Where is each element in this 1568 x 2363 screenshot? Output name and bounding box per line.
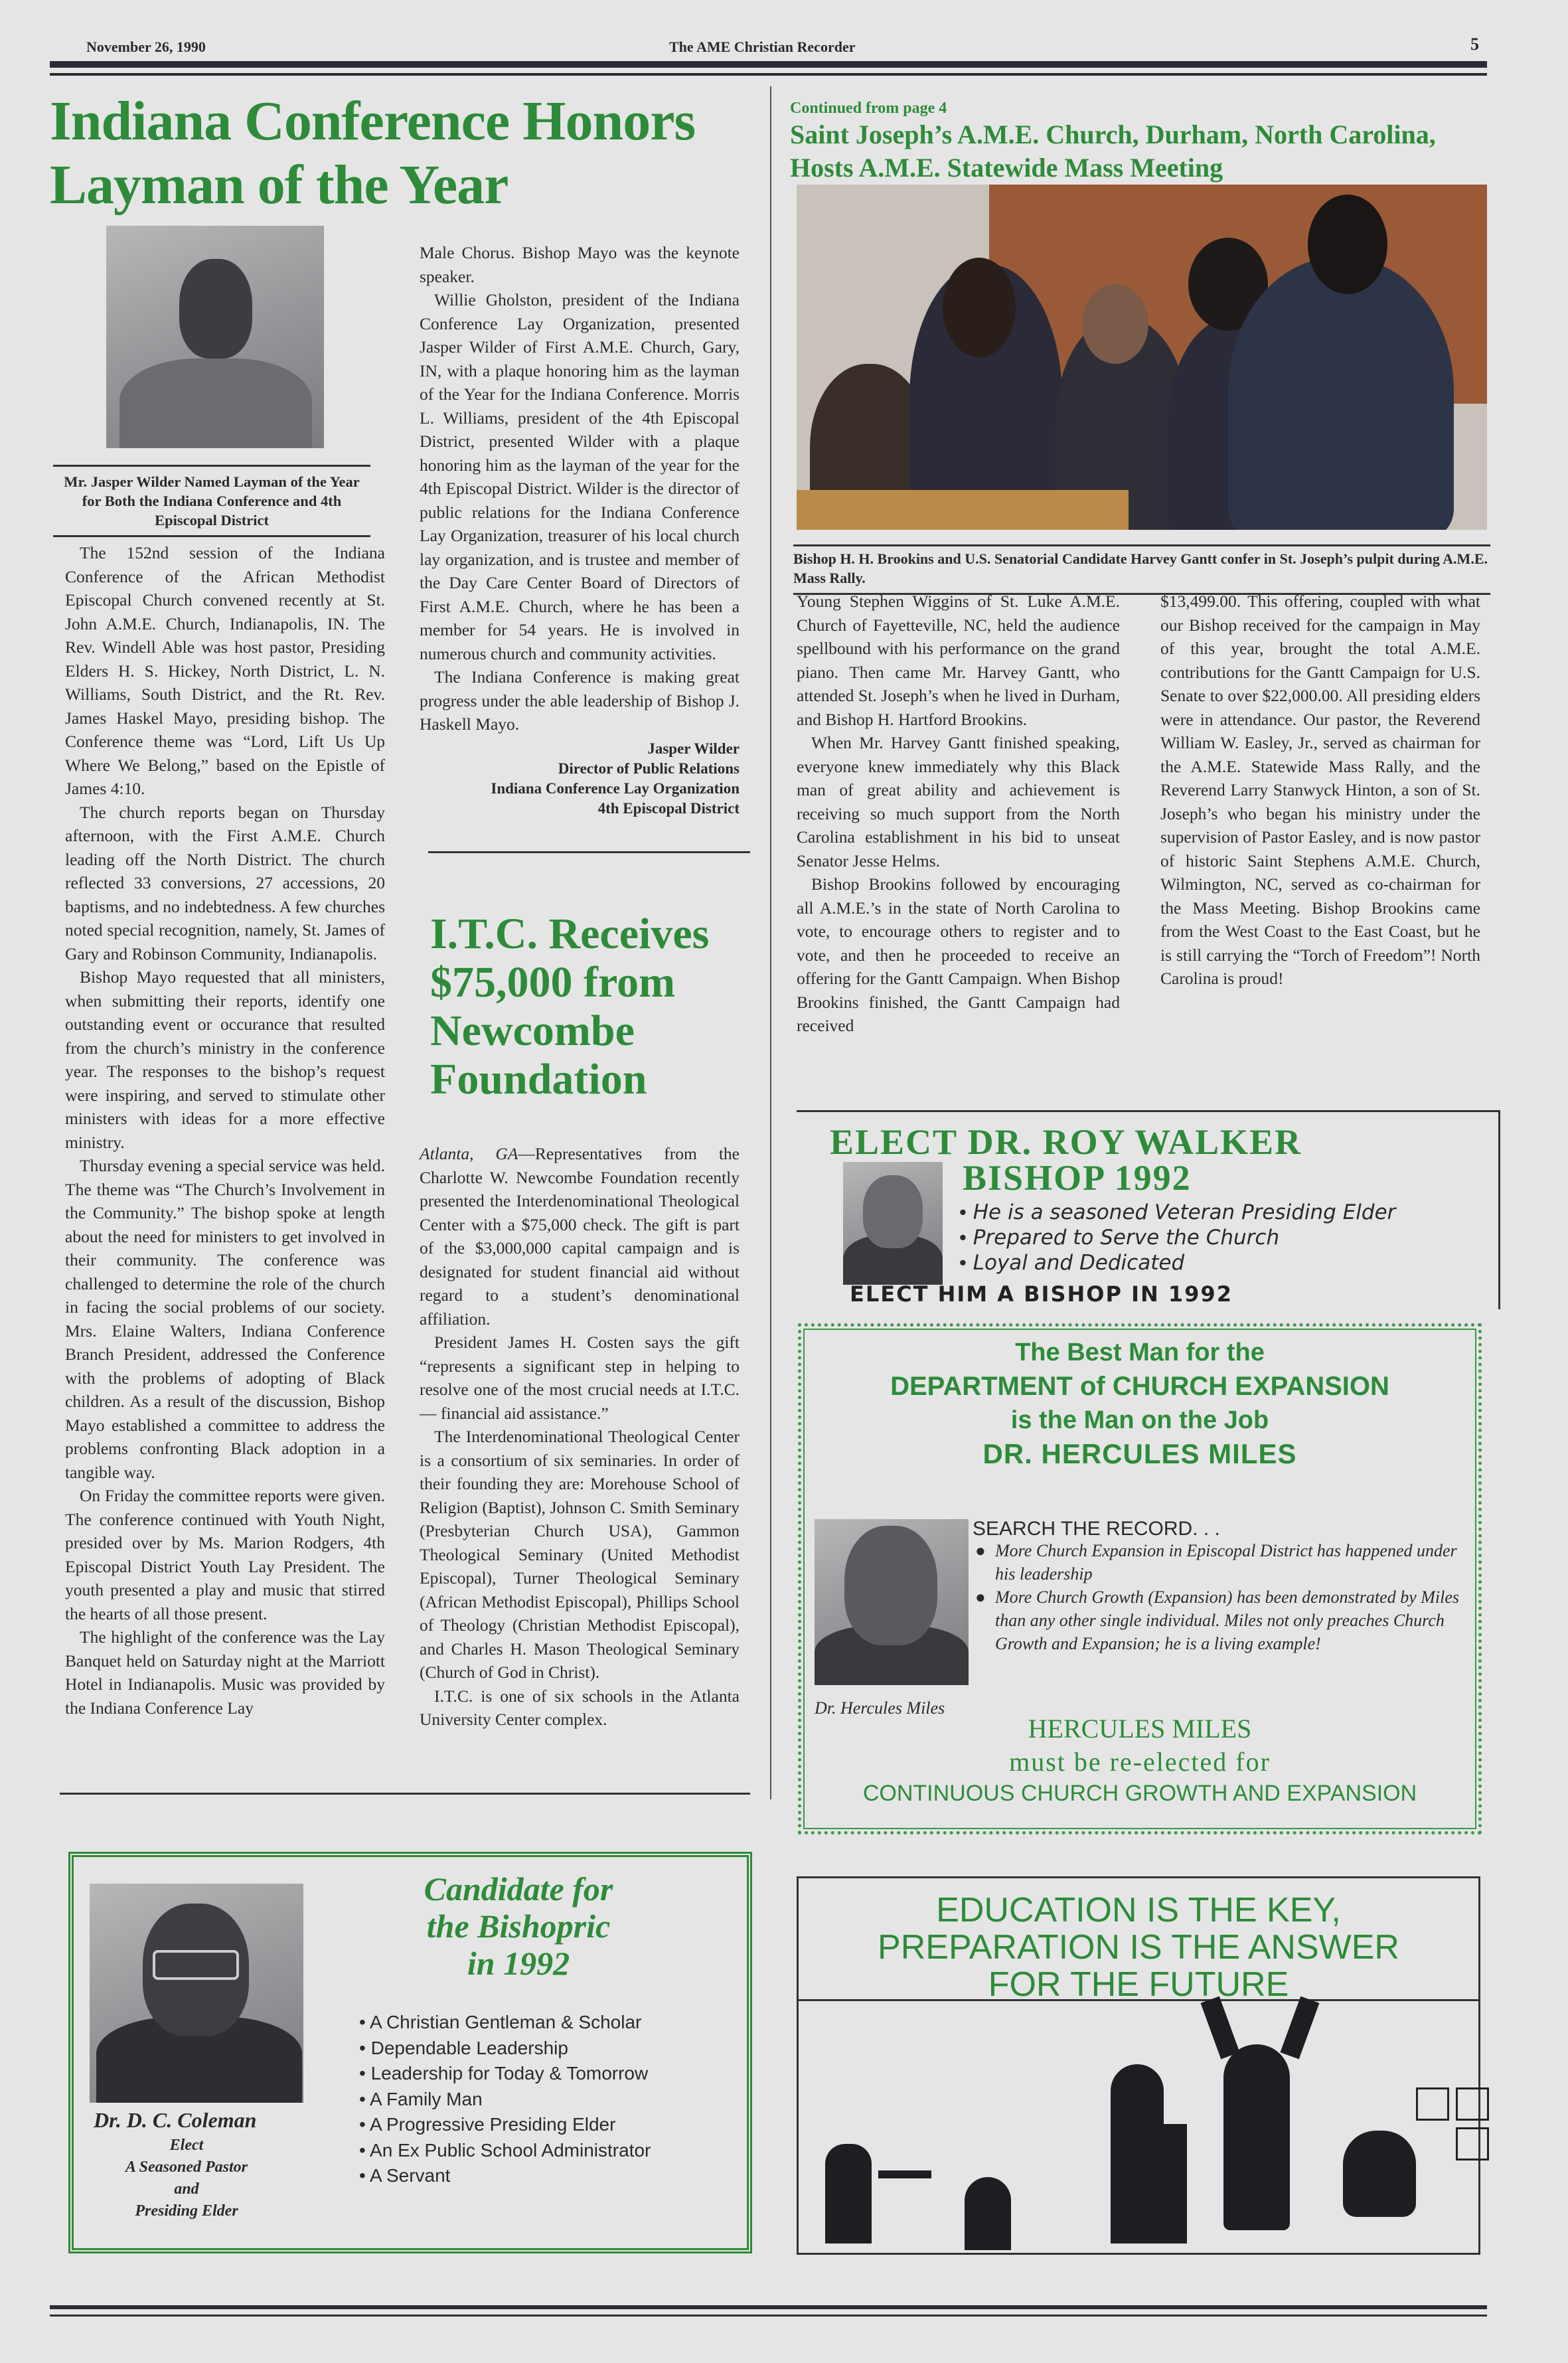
paragraph: The church reports began on Thursday aft… [65,801,385,966]
bullet-item: A Progressive Presiding Elder [359,2112,651,2138]
paragraph: When Mr. Harvey Gantt finished speaking,… [797,731,1120,872]
article-headline-layman: Indiana Conference Honors Layman of the … [50,90,747,217]
paragraph: Willie Gholston, president of the Indian… [420,288,740,665]
photo-hercules-miles [815,1519,969,1685]
bullet-item: An Ex Public School Administrator [359,2138,651,2164]
bullet-item: A Christian Gentleman & Scholar [359,2010,651,2036]
byline-title: Director of Public Relations [420,759,740,779]
ad-miles-closing3: CONTINUOUS CHURCH GROWTH AND EXPANSION [801,1781,1478,1807]
candidate-subtitle: Elect A Seasoned Pastor and Presiding El… [94,2135,279,2222]
ad-miles-closing2: must be re-elected for [801,1746,1478,1777]
paragraph: President James H. Costen says the gift … [420,1331,740,1425]
section-divider [428,851,750,853]
continued-kicker: Continued from page 4 [790,100,947,118]
bullet-item: He is a seasoned Veteran Presiding Elder [959,1200,1395,1225]
paragraph: Bishop Mayo requested that all ministers… [65,965,385,1154]
ad-education-slogan: EDUCATION IS THE KEY, PREPARATION IS THE… [799,1892,1478,2003]
paragraph: Young Stephen Wiggins of St. Luke A.M.E.… [797,590,1120,731]
bullet-item: Loyal and Dedicated [959,1250,1395,1275]
photo-caption-rally: Bishop H. H. Brookins and U.S. Senatoria… [793,544,1490,595]
bullet-item: Leadership for Today & Tomorrow [359,2061,651,2087]
issue-date: November 26, 1990 [86,39,206,56]
paragraph: Atlanta, GA—Representatives from the Cha… [420,1142,740,1331]
paragraph: Thursday evening a special service was h… [65,1154,385,1484]
ad-coleman-bullets: A Christian Gentleman & Scholar Dependab… [359,2010,651,2189]
masthead-rule-thin [50,73,1487,76]
ad-miles-line4: DR. HERCULES MILES [801,1438,1478,1470]
paragraph: The highlight of the conference was the … [65,1625,385,1720]
bullet-item: A Servant [359,2163,651,2189]
column-divider [770,86,771,1799]
footer-rule-thick [50,2305,1487,2309]
masthead-rule-thick [50,61,1487,68]
photo-dc-coleman [90,1884,303,2103]
bullet-item: A Family Man [359,2087,651,2113]
photo-caption-wilder: Mr. Jasper Wilder Named Layman of the Ye… [53,465,370,537]
candidate-name: Dr. D. C. Coleman [94,2108,256,2133]
dateline: Atlanta, GA [420,1144,518,1163]
footer-rule-thin [50,2315,1487,2317]
bullet-item: Dependable Leadership [359,2036,651,2062]
paragraph: The 152nd session of the Indiana Confere… [65,541,385,801]
ad-coleman-title: Candidate for the Bishopric in 1992 [406,1870,631,1982]
ad-miles-bullets: More Church Expansion in Episcopal Distr… [975,1539,1470,1655]
paragraph: The Indiana Conference is making great p… [420,665,740,736]
ad-hercules-miles: The Best Man for the DEPARTMENT of CHURC… [798,1323,1482,1834]
paragraph: The Interdenominational Theological Cent… [420,1425,740,1684]
ad-walker-bullets: He is a seasoned Veteran Presiding Elder… [959,1200,1395,1275]
byline-signature: Jasper Wilder Director of Public Relatio… [420,739,740,819]
photo-roy-walker [843,1162,943,1285]
paragraph: On Friday the committee reports were giv… [65,1484,385,1625]
byline-name: Jasper Wilder [420,739,740,759]
byline-org: Indiana Conference Lay Organization [420,779,740,799]
ad-dc-coleman: Dr. D. C. Coleman Elect A Seasoned Pasto… [68,1852,752,2253]
article-column-1: The 152nd session of the Indiana Confere… [65,541,385,1720]
article-headline-st-joseph: Saint Joseph’s A.M.E. Church, Durham, No… [790,118,1494,185]
rally-article-column-2: $13,499.00. This offering, coupled with … [1160,590,1480,991]
article-headline-itc: I.T.C. Receives $75,000 from Newcombe Fo… [430,910,749,1103]
paragraph: Male Chorus. Bishop Mayo was the keynote… [420,241,740,288]
paragraph: $13,499.00. This offering, coupled with … [1160,590,1480,991]
bullet-item: Prepared to Serve the Church [959,1225,1395,1250]
photo-mass-rally [797,185,1487,530]
bullet-item: More Church Expansion in Episcopal Distr… [975,1539,1470,1586]
ad-walker-footer: ELECT HIM A BISHOP IN 1992 [850,1281,1233,1307]
ad-roy-walker: ELECT DR. ROY WALKER BISHOP 1992 He is a… [797,1110,1500,1309]
ad-education-divider [799,1999,1478,2001]
publication-name: The AME Christian Recorder [669,39,855,56]
ad-miles-line3: is the Man on the Job [801,1406,1478,1435]
section-divider [60,1793,750,1795]
byline-district: 4th Episcopal District [420,799,740,819]
ad-miles-line2: DEPARTMENT of CHURCH EXPANSION [801,1372,1478,1402]
paragraph: Bishop Brookins followed by encouraging … [797,872,1120,1038]
itc-article-body: Atlanta, GA—Representatives from the Cha… [420,1142,740,1732]
ad-walker-headline: ELECT DR. ROY WALKER [830,1121,1302,1163]
ad-education: EDUCATION IS THE KEY, PREPARATION IS THE… [797,1876,1480,2255]
ad-miles-closing1: HERCULES MILES [801,1713,1478,1744]
page-number: 5 [1470,35,1479,54]
article-column-2: Male Chorus. Bishop Mayo was the keynote… [420,241,740,819]
ad-miles-search-label: SEARCH THE RECORD. . . [973,1518,1220,1540]
ad-walker-subheadline: BISHOP 1992 [963,1157,1192,1198]
ad-miles-line1: The Best Man for the [801,1339,1478,1367]
photo-jasper-wilder [106,226,324,448]
rally-article-column-1: Young Stephen Wiggins of St. Luke A.M.E.… [797,590,1120,1038]
bullet-item: More Church Growth (Expansion) has been … [975,1586,1470,1655]
paragraph: I.T.C. is one of six schools in the Atla… [420,1684,740,1732]
